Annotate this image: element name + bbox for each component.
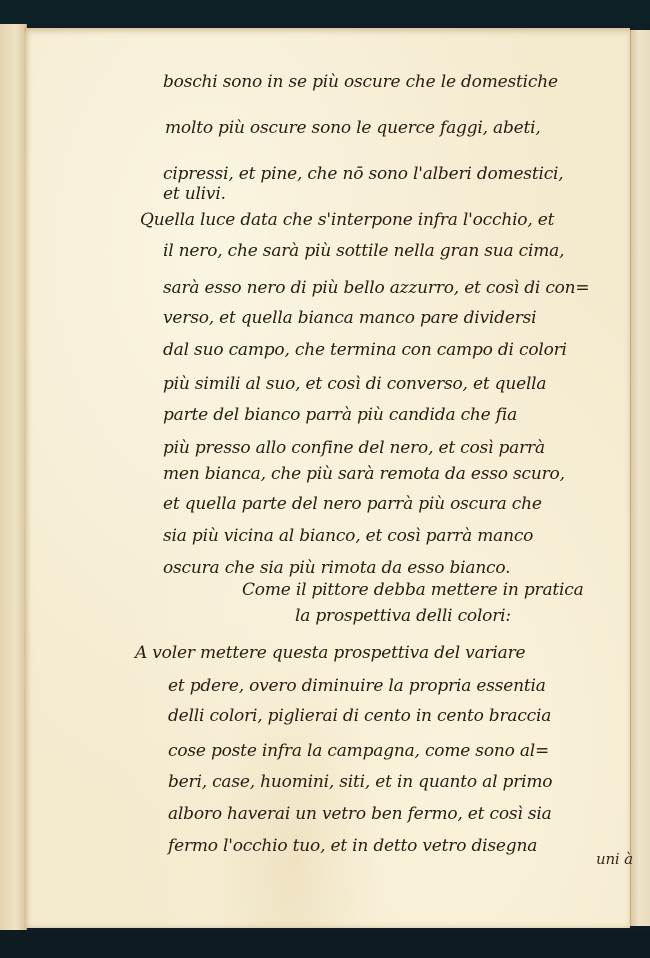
catchword: uni à xyxy=(596,850,633,868)
manuscript-text: boschi sono in se più oscure che le dome… xyxy=(0,0,650,958)
text-line: sia più vicina al bianco, et così parrà … xyxy=(163,526,533,546)
text-line: verso, et quella bianca manco pare divid… xyxy=(163,308,536,328)
text-line: men bianca, che più sarà remota da esso … xyxy=(163,464,565,484)
text-line: Quella luce data che s'interpone infra l… xyxy=(140,210,554,230)
text-line: alboro haverai un vetro ben fermo, et co… xyxy=(168,804,552,824)
text-line: sarà esso nero di più bello azzurro, et … xyxy=(163,278,589,298)
section-heading: la prospettiva delli colori: xyxy=(295,606,511,626)
text-line: il nero, che sarà più sottile nella gran… xyxy=(163,241,564,261)
text-line: molto più oscure sono le querce faggi, a… xyxy=(165,118,541,138)
text-line: più simili al suo, et così di converso, … xyxy=(163,374,546,394)
text-line: dal suo campo, che termina con campo di … xyxy=(163,340,567,360)
text-line: oscura che sia più rimota da esso bianco… xyxy=(163,558,510,578)
text-line: cose poste infra la campagna, come sono … xyxy=(168,741,549,761)
text-line: delli colori, piglierai di cento in cent… xyxy=(168,706,551,726)
text-line: beri, case, huomini, siti, et in quanto … xyxy=(168,772,552,792)
text-line: più presso allo confine del nero, et cos… xyxy=(163,438,545,458)
text-line: cipressi, et pine, che nō sono l'alberi … xyxy=(163,164,563,184)
text-line: fermo l'occhio tuo, et in detto vetro di… xyxy=(168,836,537,856)
text-line: et ulivi. xyxy=(163,184,226,204)
text-line: et pdere, overo diminuire la propria ess… xyxy=(168,676,546,696)
text-line: A voler mettere questa prospettiva del v… xyxy=(135,643,525,663)
text-line: boschi sono in se più oscure che le dome… xyxy=(163,72,558,92)
text-line: et quella parte del nero parrà più oscur… xyxy=(163,494,542,514)
section-heading: Come il pittore debba mettere in pratica xyxy=(242,580,584,600)
text-line: parte del bianco parrà più candida che f… xyxy=(163,405,517,425)
